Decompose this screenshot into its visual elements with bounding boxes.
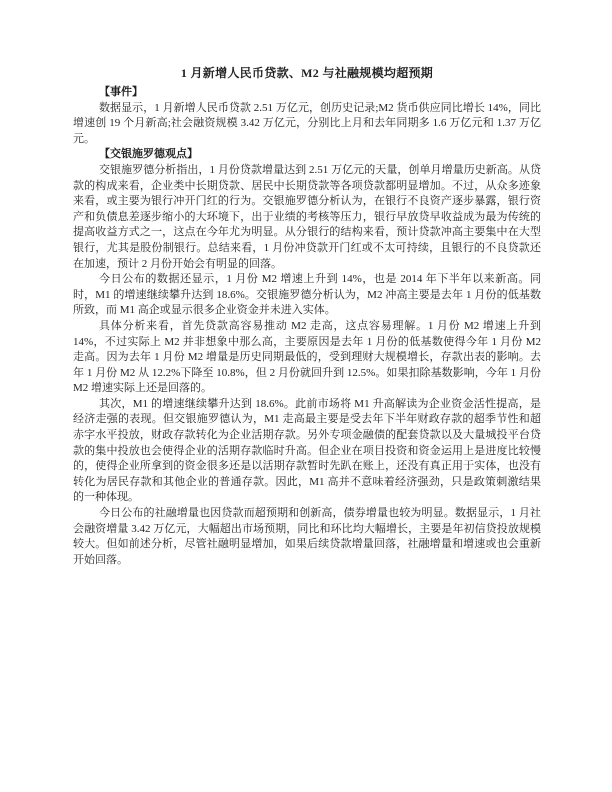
opinion-paragraph-2: 今日公布的数据还显示，1 月份 M2 增速上升到 14%，也是 2014 年下半… xyxy=(73,272,541,319)
opinion-paragraph-1: 交银施罗德分析指出，1 月份贷款增量达到 2.51 万亿元的天量，创单月增量历史… xyxy=(73,163,541,272)
opinion-paragraph-4: 其次，M1 的增速继续攀升达到 18.6%。此前市场将 M1 升高解读为企业资金… xyxy=(73,397,541,506)
document-title: 1 月新增人民币贷款、M2 与社融规模均超预期 xyxy=(73,63,541,84)
section-heading-event: 【事件】 xyxy=(73,85,541,101)
opinion-paragraph-5: 今日公布的社融增量也因贷款而超预期和创新高，债券增量也较为明显。数据显示，1 月… xyxy=(73,506,541,568)
section-heading-opinion: 【交银施罗德观点】 xyxy=(73,147,541,163)
event-paragraph: 数据显示，1 月新增人民币贷款 2.51 万亿元，创历史记录;M2 货币供应同比… xyxy=(73,101,541,148)
document-page: 1 月新增人民币贷款、M2 与社融规模均超预期 【事件】 数据显示，1 月新增人… xyxy=(0,0,612,792)
opinion-paragraph-3: 具体分析来看，首先贷款高容易推动 M2 走高，这点容易理解。1 月份 M2 增速… xyxy=(73,319,541,397)
